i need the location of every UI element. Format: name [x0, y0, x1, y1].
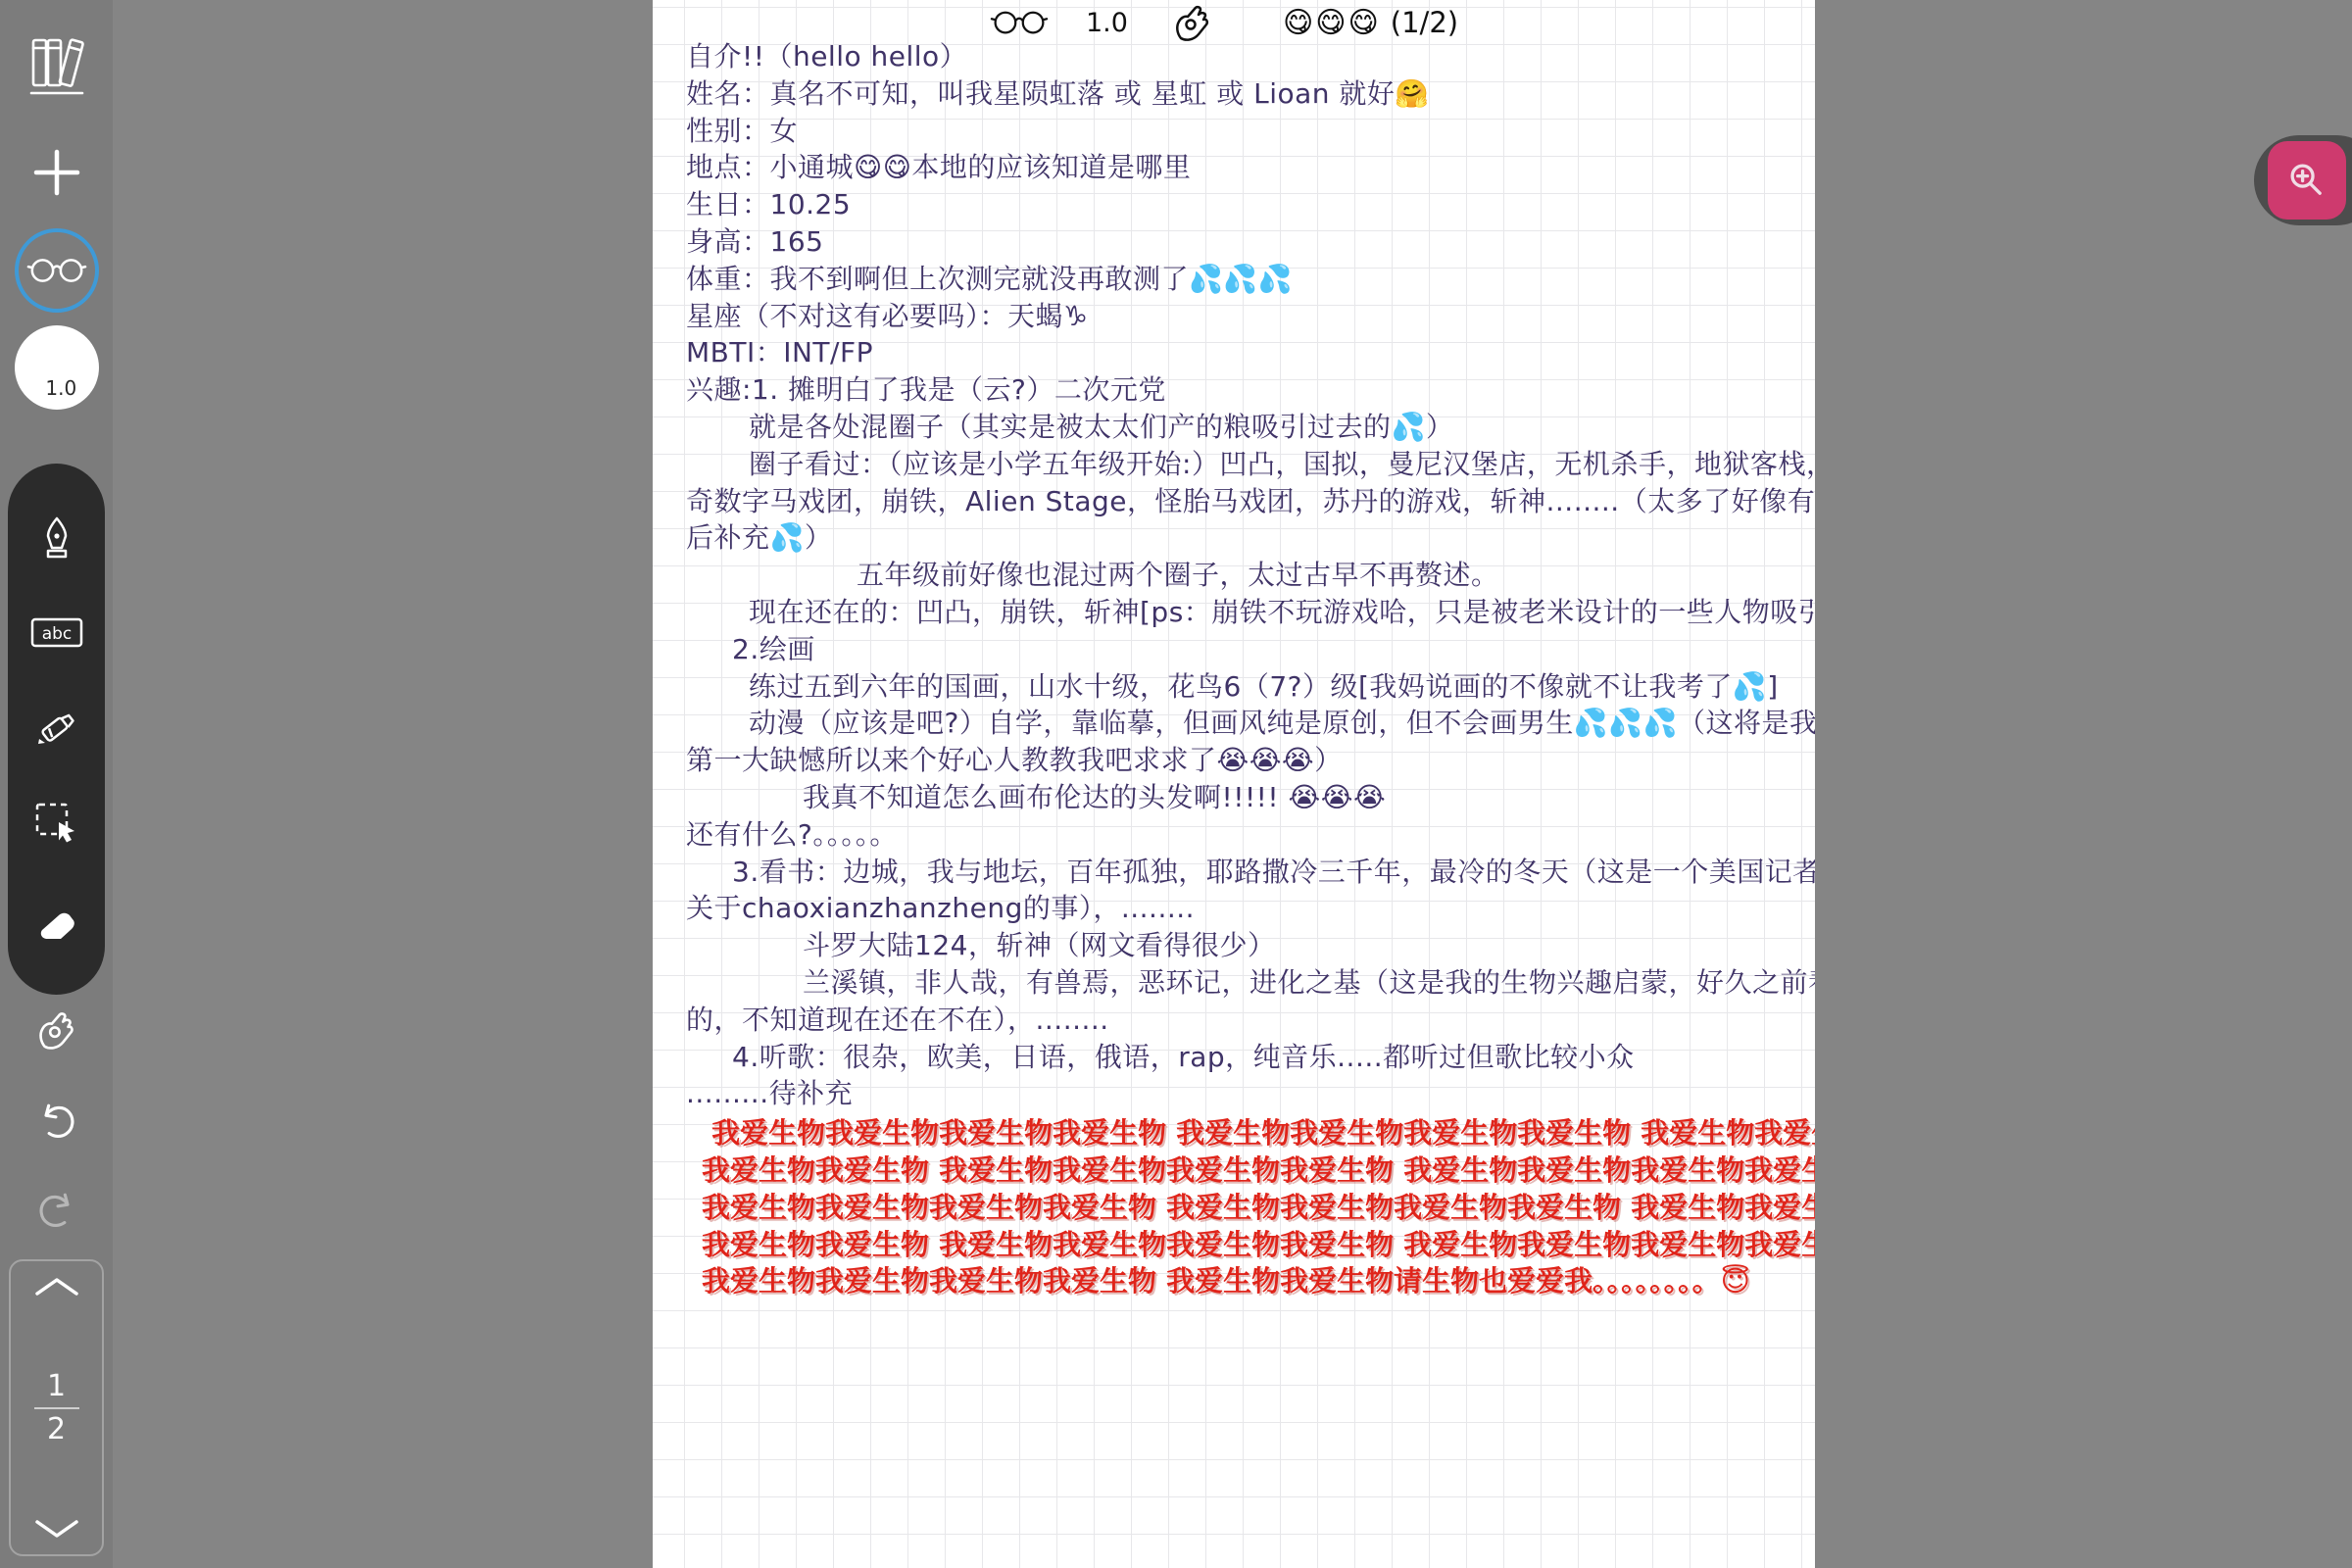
note-line: 身高：165	[686, 223, 1815, 261]
pen-nib-icon	[35, 515, 78, 561]
hand-gesture-icon	[1171, 1, 1214, 44]
note-line: 五年级前好像也混过两个圈子，太过古早不再赘述。	[686, 557, 1815, 594]
note-content: 自介!!（hello hello） 姓名：真名不可知，叫我星陨虹落 或 星虹 或…	[686, 38, 1815, 1300]
read-mode-indicator-button[interactable]	[988, 8, 1051, 37]
note-title: 😋😋😋	[1283, 6, 1381, 40]
note-line: 兰溪镇，非人哉，有兽焉，恶环记，进化之基（这是我的生物兴趣启蒙，好久之前看	[686, 964, 1815, 1002]
note-line: 关于chaoxianzhanzheng的事），........	[686, 890, 1815, 927]
note-line: 2.绘画	[686, 631, 1815, 668]
pan-mode-button[interactable]	[0, 1005, 113, 1054]
active-tool-ring	[15, 228, 99, 313]
chevron-up-icon	[32, 1275, 81, 1298]
note-line: 体重：我不到啊但上次测完就没再敢测了💦💦💦	[686, 261, 1815, 298]
glasses-icon	[26, 255, 87, 286]
note-line: .........待补充	[686, 1075, 1815, 1112]
red-note-line: 我爱生物我爱生物我爱生物我爱生物 我爱生物我爱生物我爱生物我爱生物 我爱生物我爱…	[686, 1115, 1815, 1152]
note-line: 我真不知道怎么画布伦达的头发啊!!!!! 😭😭😭	[686, 779, 1815, 816]
note-line: 星座（不对这有必要吗）：天蝎♑	[686, 298, 1815, 335]
top-toolbar: 1.0 😋😋😋 (1/2)	[988, 0, 1458, 45]
next-page-button[interactable]	[32, 1517, 81, 1541]
note-line: 生日：10.25	[686, 186, 1815, 223]
note-line: 兴趣:1. 摊明白了我是（云?）二次元党	[686, 371, 1815, 409]
pen-tool-button[interactable]	[35, 515, 78, 561]
note-line: MBTI：INT/FP	[686, 334, 1815, 371]
red-note-line: 我爱生物我爱生物我爱生物我爱生物 我爱生物我爱生物我爱生物我爱生物 我爱生物我爱…	[686, 1190, 1815, 1227]
magnifier-plus-icon	[2285, 159, 2328, 202]
note-page-canvas[interactable]: 自介!!（hello hello） 姓名：真名不可知，叫我星陨虹落 或 星虹 或…	[653, 0, 1815, 1568]
note-line: 动漫（应该是吧?）自学，靠临摹，但画风纯是原创，但不会画男生💦💦💦（这将是我人生	[686, 705, 1815, 742]
note-line: 后补充💦）	[686, 519, 1815, 557]
stroke-size-indicator: 1.0	[15, 325, 99, 410]
total-page-number: 2	[47, 1415, 66, 1445]
lasso-tool-button[interactable]	[33, 801, 80, 846]
undo-icon	[34, 1100, 79, 1145]
chevron-down-icon	[32, 1517, 81, 1541]
current-page-number: 1	[47, 1372, 66, 1401]
zoom-in-button[interactable]	[2268, 141, 2346, 220]
note-line: 圈子看过：（应该是小学五年级开始:）凹凸，国拟，曼尼汉堡店，无机杀手，地狱客栈，…	[686, 446, 1815, 483]
redo-button[interactable]	[0, 1187, 113, 1236]
zoom-level-label: 1.0	[1086, 8, 1128, 38]
eraser-tool-button[interactable]	[34, 898, 79, 943]
plus-icon	[31, 147, 82, 198]
note-line: 3.看书：边城，我与地坛，百年孤独，耶路撒冷三千年，最冷的冬天（这是一个美国记者…	[686, 854, 1815, 891]
page-counter-divider	[34, 1407, 79, 1409]
note-line: 的，不知道现在还在不在），........	[686, 1002, 1815, 1039]
highlighter-tool-button[interactable]	[34, 704, 79, 749]
red-note-line: 我爱生物我爱生物 我爱生物我爱生物我爱生物我爱生物 我爱生物我爱生物我爱生物我爱…	[686, 1227, 1815, 1264]
note-line: 现在还在的：凹凸，崩铁，斩神[ps：崩铁不玩游戏哈，只是被老米设计的一些人物吸引…	[686, 594, 1815, 631]
red-note-line: 我爱生物我爱生物 我爱生物我爱生物我爱生物我爱生物 我爱生物我爱生物我爱生物我爱…	[686, 1152, 1815, 1190]
hand-gesture-icon	[34, 1007, 79, 1053]
library-button[interactable]	[0, 35, 113, 104]
read-mode-button[interactable]	[0, 228, 113, 313]
redo-icon	[34, 1189, 79, 1234]
bookshelf-icon	[28, 38, 85, 101]
stroke-size-value: 1.0	[45, 376, 76, 400]
text-tool-button[interactable]: abc	[30, 612, 83, 652]
text-tool-label: abc	[41, 624, 72, 644]
page-navigator: 1 2	[9, 1259, 104, 1556]
undo-button[interactable]	[0, 1098, 113, 1147]
red-note-block: 我爱生物我爱生物我爱生物我爱生物 我爱生物我爱生物我爱生物我爱生物 我爱生物我爱…	[686, 1115, 1815, 1300]
pan-mode-indicator-button[interactable]	[1171, 1, 1214, 44]
highlighter-icon	[34, 704, 79, 749]
tool-panel: abc	[8, 464, 105, 995]
note-line: 斗罗大陆124，斩神（网文看得很少）	[686, 927, 1815, 964]
add-page-button[interactable]	[0, 145, 113, 200]
page-counter: 1 2	[34, 1372, 79, 1445]
note-line: 姓名：真名不可知，叫我星陨虹落 或 星虹 或 Lioan 就好🤗	[686, 75, 1815, 113]
glasses-icon	[988, 8, 1051, 37]
note-line: 还有什么?。。。。。	[686, 816, 1815, 854]
previous-page-button[interactable]	[32, 1275, 81, 1298]
stroke-size-button[interactable]: 1.0	[0, 323, 113, 412]
note-line: 奇数字马戏团，崩铁，Alien Stage，怪胎马戏团，苏丹的游戏，斩神....…	[686, 483, 1815, 520]
eraser-icon	[34, 898, 79, 943]
text-tool-icon: abc	[30, 612, 83, 652]
app-window: { "toolbar": { "zoom_level": "1.0", "tit…	[0, 0, 2352, 1568]
note-line: 第一大缺憾所以来个好心人教教我吧求求了😭😭😭）	[686, 742, 1815, 779]
lasso-select-icon	[33, 801, 80, 846]
red-note-line: 我爱生物我爱生物我爱生物我爱生物 我爱生物我爱生物请生物也爱爱我。。。。。。。。…	[686, 1263, 1815, 1300]
tool-sidebar: 1.0 abc	[0, 0, 113, 1568]
note-line: 就是各处混圈子（其实是被太太们产的粮吸引过去的💦）	[686, 409, 1815, 446]
note-line: 4.听歌：很杂，欧美，日语，俄语，rap，纯音乐.....都听过但歌比较小众	[686, 1039, 1815, 1076]
page-indicator: (1/2)	[1391, 6, 1458, 39]
note-line: 地点：小通城😋😋本地的应该知道是哪里	[686, 149, 1815, 186]
note-line: 性别：女	[686, 113, 1815, 150]
note-line: 练过五到六年的国画，山水十级，花鸟6（7?）级[我妈说画的不像就不让我考了💦]	[686, 668, 1815, 706]
